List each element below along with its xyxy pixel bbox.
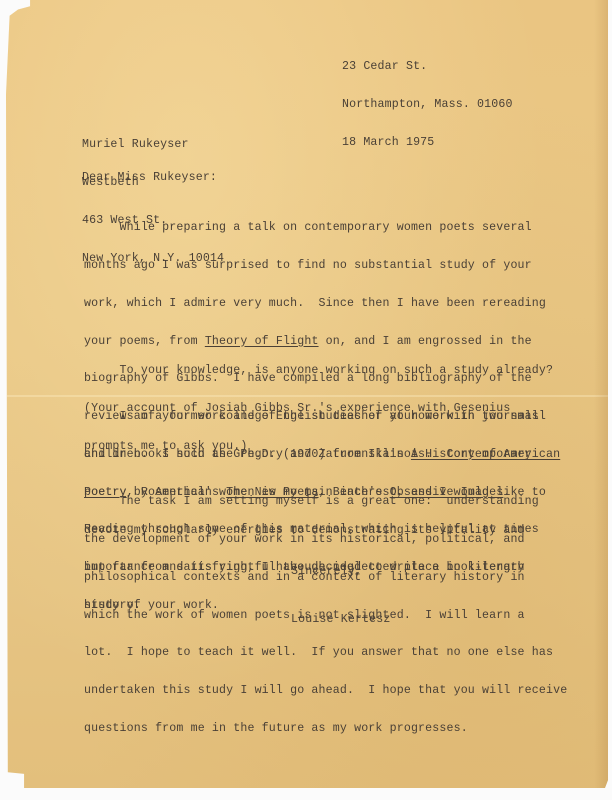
- text-line: children. I hold the Ph.D. (1970) from I…: [84, 449, 546, 462]
- sender-city: Northampton, Mass. 01060: [342, 99, 513, 112]
- text-line: lot. I hope to teach it well. If you ans…: [84, 647, 567, 660]
- signature: Louise Kertesz: [291, 614, 391, 627]
- text-line: work, which I admire very much. Since th…: [84, 298, 560, 311]
- recipient-name: Muriel Rukeyser: [82, 139, 224, 152]
- letter-date: 18 March 1975: [342, 137, 513, 150]
- text-line: While preparing a talk on contemporary w…: [84, 222, 560, 235]
- text-line: undertaken this study I will go ahead. I…: [84, 685, 567, 698]
- text-line: I am a former college English teacher at…: [84, 411, 546, 424]
- sender-address: 23 Cedar St. Northampton, Mass. 01060 18…: [342, 36, 513, 162]
- text-line: The task I am setting myself is a great …: [84, 496, 567, 509]
- salutation: Dear Miss Rukeyser:: [82, 172, 217, 185]
- sender-street: 23 Cedar St.: [342, 61, 513, 74]
- text-line: questions from me in the future as my wo…: [84, 723, 567, 736]
- text-line: months ago I was surprised to find no su…: [84, 260, 560, 273]
- closing: Sincerely,: [291, 566, 362, 579]
- paragraph-4: The task I am setting myself is a great …: [84, 471, 567, 748]
- text-line: the development of your work in its hist…: [84, 534, 567, 547]
- text-line: To your knowledge, is anyone working on …: [84, 365, 553, 378]
